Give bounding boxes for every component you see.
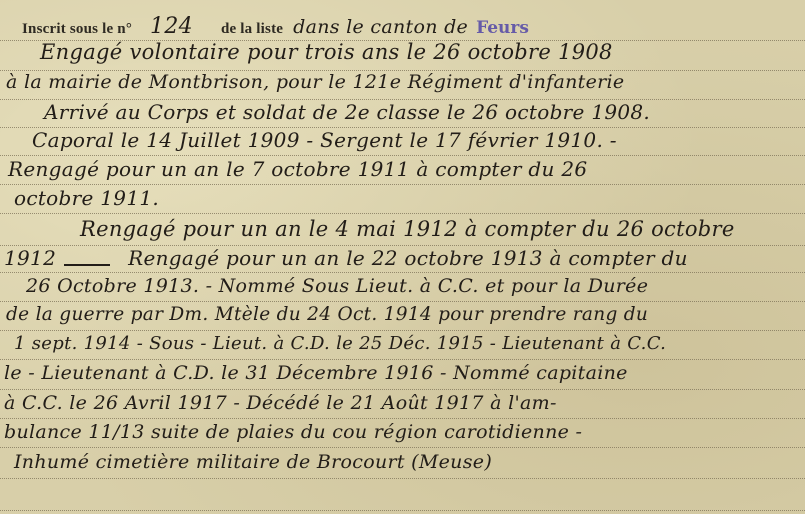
label-inscrit: Inscrit sous le n° [22,21,132,38]
ruled-line [0,510,805,511]
ruled-line [0,447,805,448]
canton-stamp: Feurs [476,18,529,38]
list-canton-handwritten: dans le canton de [293,16,468,38]
ruled-line [0,330,805,331]
record-year-1912: 1912 [4,246,56,270]
record-line-group: 1912Rengagé pour un an le 22 octobre 191… [4,246,688,270]
record-line: Arrivé au Corps et soldat de 2e classe l… [44,100,650,124]
underline-mark [64,264,110,266]
record-line: Inhumé cimetière militaire de Brocourt (… [14,451,492,473]
ruled-line [0,184,805,185]
military-register-card: Inscrit sous le n° 124 de la liste dans … [0,0,805,514]
record-line: à la mairie de Montbrison, pour le 121e … [6,71,624,93]
record-line: Caporal le 14 Juillet 1909 - Sergent le … [32,128,617,152]
ruled-line [0,272,805,273]
record-line: Engagé volontaire pour trois ans le 26 o… [40,40,613,64]
record-line: Rengagé pour un an le 4 mai 1912 à compt… [80,217,735,241]
record-line: à C.C. le 26 Avril 1917 - Décédé le 21 A… [4,392,557,414]
ruled-line [0,213,805,214]
register-header: Inscrit sous le n° 124 de la liste dans … [22,14,529,40]
record-line: bulance 11/13 suite de plaies du cou rég… [4,421,582,443]
record-line: octobre 1911. [14,186,159,210]
ruled-line [0,359,805,360]
record-rengage-1913: Rengagé pour un an le 22 octobre 1913 à … [128,246,688,270]
ruled-line [0,418,805,419]
record-line: le - Lieutenant à C.D. le 31 Décembre 19… [4,362,628,384]
record-line: de la guerre par Dm. Mtèle du 24 Oct. 19… [6,304,648,325]
registration-number: 124 [150,14,193,39]
ruled-line [0,478,805,479]
ruled-line [0,301,805,302]
ruled-line [0,389,805,390]
ruled-line [0,155,805,156]
record-line: 1 sept. 1914 - Sous - Lieut. à C.D. le 2… [14,333,666,354]
label-liste: de la liste [221,21,283,38]
record-line: Rengagé pour un an le 7 octobre 1911 à c… [8,157,587,181]
record-line: 26 Octobre 1913. - Nommé Sous Lieut. à C… [26,275,648,297]
